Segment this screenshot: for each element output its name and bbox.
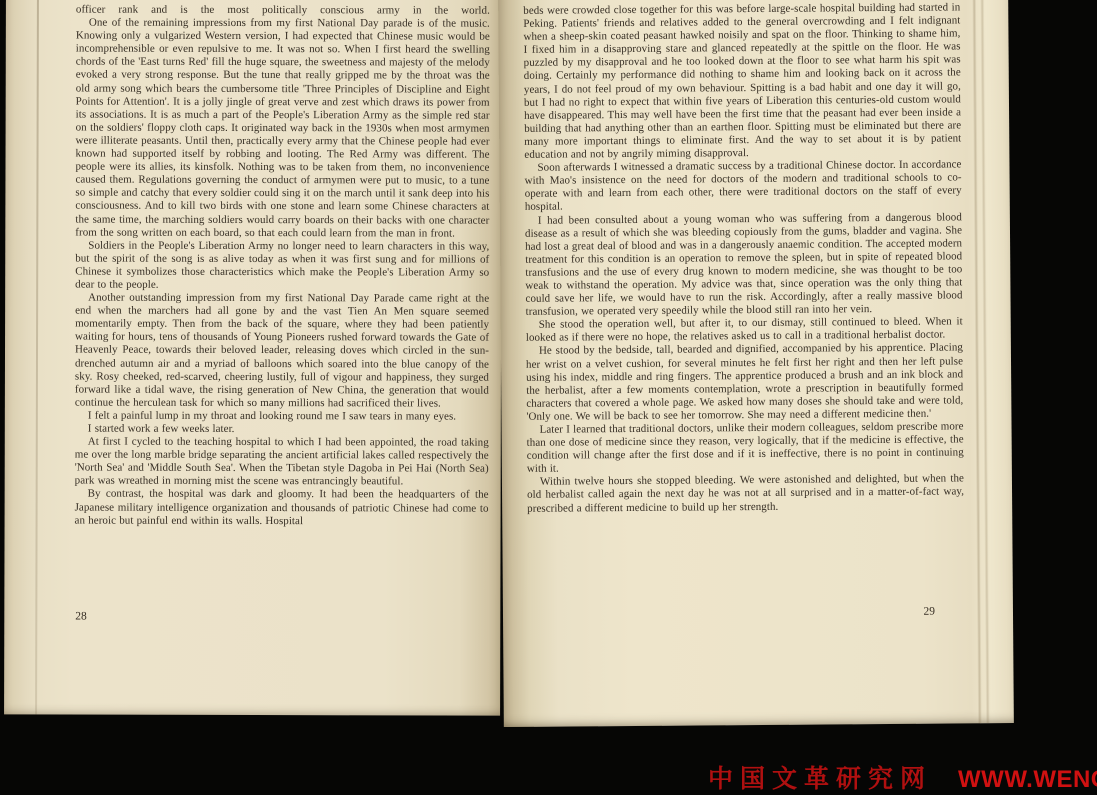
right-page-text: beds were crowded close together for thi… <box>523 1 964 515</box>
watermark-site-url: WWW.WENGEWANG.ORG <box>958 766 1097 794</box>
left-page: officer rank and is the most politically… <box>4 0 502 716</box>
paragraph: By contrast, the hospital was dark and g… <box>75 488 489 528</box>
paragraph: Within twelve hours she stopped bleeding… <box>527 473 964 516</box>
book-scan: officer rank and is the most politically… <box>0 0 1097 795</box>
page-number-left: 28 <box>75 611 87 623</box>
paragraph: Soon afterwards I witnessed a dramatic s… <box>524 159 961 215</box>
watermark: 中国文革研究网 WWW.WENGEWANG.ORG <box>708 759 1097 795</box>
paragraph: beds were crowded close together for thi… <box>523 1 961 162</box>
paragraph: He stood by the bedside, tall, bearded a… <box>526 342 964 424</box>
paragraph: One of the remaining impressions from my… <box>75 17 490 241</box>
page-number-right: 29 <box>923 606 935 618</box>
paragraph: She stood the operation well, but after … <box>526 316 963 346</box>
paragraph: At first I cycled to the teaching hospit… <box>75 436 489 489</box>
paragraph: I started work a few weeks later. <box>75 423 489 437</box>
left-page-crease <box>35 0 39 714</box>
paragraph: Soldiers in the People's Liberation Army… <box>75 239 489 292</box>
paragraph: officer rank and is the most politically… <box>76 4 490 18</box>
left-page-text: officer rank and is the most politically… <box>75 4 490 529</box>
right-page: beds were crowded close together for thi… <box>498 0 1014 727</box>
paragraph: Another outstanding impression from my f… <box>75 292 489 411</box>
right-page-edge-lines <box>972 0 990 723</box>
watermark-site-name: 中国文革研究网 <box>708 759 932 795</box>
paragraph: I felt a painful lump in my throat and l… <box>75 409 489 423</box>
paragraph: I had been consulted about a young woman… <box>525 211 963 319</box>
paragraph: Later I learned that traditional doctors… <box>526 420 963 476</box>
